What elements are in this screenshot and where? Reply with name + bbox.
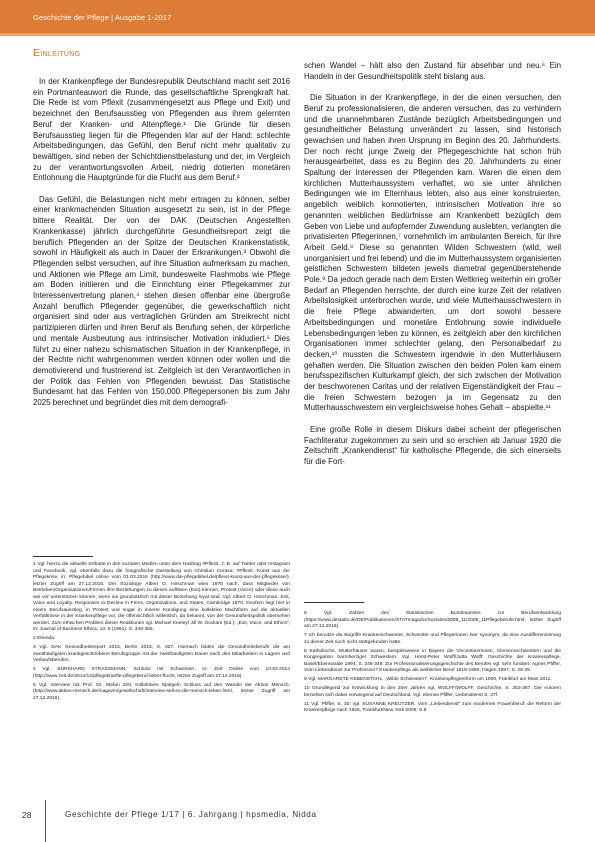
footnote: 4 Vgl. BURKHARD STRASSMANN: Schluss mit … [33, 667, 290, 680]
footnote: 5 Vgl. Interview mit Prof. Dr. Stefan Ze… [33, 683, 290, 703]
footnote: 1 Vgl. hierzu die aktuelle Debatte in de… [33, 562, 290, 634]
footnote: 2 Ebenda. [33, 636, 290, 643]
paragraph: Das Gefühl, die Belastungen nicht mehr e… [33, 195, 290, 409]
page-number: 28 [22, 810, 31, 820]
footnote: 10 Grundlegend zur Entwicklung in den 20… [304, 686, 561, 699]
footnote-divider-left [33, 556, 93, 557]
footnote-divider-right [304, 602, 364, 603]
page-footer: 28 Geschichte der Pflege 1/17 | 6. Jahrg… [0, 800, 595, 842]
body-column-right: schen Wandel – hält also den Zustand für… [304, 61, 561, 478]
section-heading: Einleitung [33, 47, 80, 59]
footnote: 3 Vgl. DAK Gesundheitsreport 2015, Berli… [33, 645, 290, 665]
footnote: 11 Vgl. Pfiffer, S. 30; vgl. SUSANNE KRE… [304, 702, 561, 715]
footnote: 8 Katholische, Mutterhäuser waren, beisp… [304, 649, 561, 675]
paragraph: In der Krankenpflege der Bundesrepublik … [33, 77, 290, 184]
footnote: 7 Ich benutze die Begriffe Krankenschwes… [304, 633, 561, 646]
paragraph: Die Situation in der Krankenpflege, in d… [304, 93, 561, 414]
paragraph: schen Wandel – hält also den Zustand für… [304, 61, 561, 82]
footnotes-right: 6 Vgl. Zahlen des Statistischen Bundesam… [304, 611, 561, 718]
running-header-title: Geschichte der Pflege | Ausgabe 1-2017 [33, 13, 171, 22]
paragraph: Eine große Rolle in diesem Diskurs dabei… [304, 425, 561, 468]
body-column-left: In der Krankenpflege der Bundesrepublik … [33, 77, 290, 419]
footnote: 6 Vgl. Zahlen des Statistischen Bundesam… [304, 611, 561, 631]
footnotes-left: 1 Vgl. hierzu die aktuelle Debatte in de… [33, 562, 290, 705]
footer-divider [45, 800, 46, 842]
footnote: 9 Vgl. MARGARETE KEBENSTAHL, „Wilde Schw… [304, 677, 561, 684]
header-bar: Geschichte der Pflege | Ausgabe 1-2017 [0, 0, 595, 36]
footer-citation: Geschichte der Pflege 1/17 | 6. Jahrgang… [65, 810, 317, 819]
